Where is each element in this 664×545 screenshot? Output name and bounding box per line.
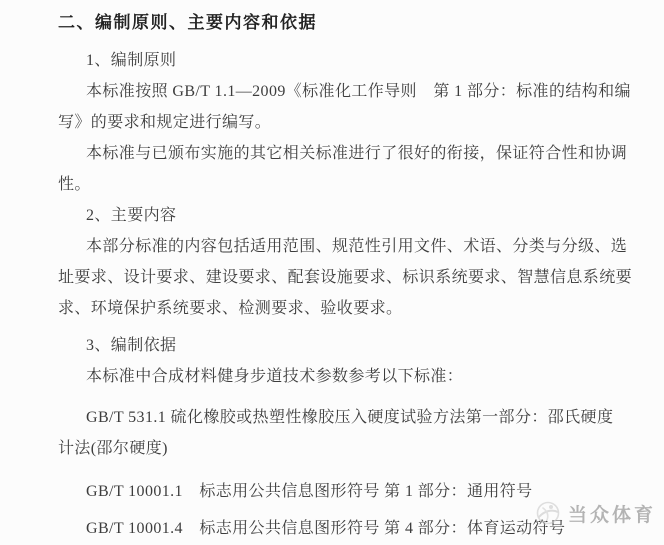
scanned-document-page: 二、编制原则、主要内容和依据 1、编制原则 本标准按照 GB/T 1.1—200… [0, 0, 664, 545]
document-body: 二、编制原则、主要内容和依据 1、编制原则 本标准按照 GB/T 1.1—200… [58, 8, 664, 544]
paragraph-line: 本部分标准的内容包括适用范围、规范性引用文件、术语、分类与分级、选 [58, 231, 664, 262]
paragraph-line: 写》的要求和规定进行编写。 [58, 107, 664, 138]
watermark-text: 当众体育 [568, 500, 656, 527]
paragraph-line: 本标准中合成材料健身步道技术参数参考以下标准： [58, 361, 664, 392]
standard-ref-line: 计法(邵尔硬度) [58, 433, 664, 464]
subsection-1-heading: 1、编制原则 [58, 45, 664, 76]
paragraph-line: 址要求、设计要求、建设要求、配套设施要求、标识系统要求、智慧信息系统要 [58, 262, 664, 293]
subsection-2-heading: 2、主要内容 [58, 200, 664, 231]
paragraph-line: 本标准按照 GB/T 1.1—2009《标准化工作导则 第 1 部分：标准的结构… [58, 76, 664, 107]
paragraph-line: 求、环境保护系统要求、检测要求、验收要求。 [58, 293, 664, 324]
standard-ref-line: GB/T 531.1 硫化橡胶或热塑性橡胶压入硬度试验方法第一部分：邵氏硬度 [58, 402, 664, 433]
dangzhong-sports-logo-icon [534, 499, 562, 527]
paragraph-line: 本标准与已颁布实施的其它相关标准进行了很好的衔接，保证符合性和协调 [58, 138, 664, 169]
paragraph-line: 性。 [58, 169, 664, 200]
subsection-3-heading: 3、编制依据 [58, 330, 664, 361]
section-heading: 二、编制原则、主要内容和依据 [58, 8, 664, 38]
watermark: 当众体育 [534, 499, 656, 527]
